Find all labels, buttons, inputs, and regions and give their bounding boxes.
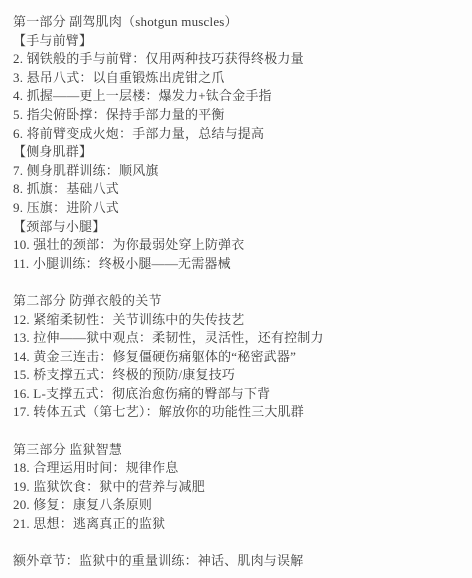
section-title: 第三部分 监狱智慧 <box>13 441 462 460</box>
toc-item: 7. 侧身肌群训练：顺风旗 <box>13 162 462 181</box>
section-title: 第二部分 防弹衣般的关节 <box>13 292 462 311</box>
toc-item: 6. 将前臂变成火炮：手部力量，总结与提高 <box>13 125 462 144</box>
toc-item: 20. 修复：康复八条原则 <box>13 496 462 515</box>
toc-item: 19. 监狱饮食：狱中的营养与减肥 <box>13 478 462 497</box>
toc-item: 16. L-支撑五式：彻底治愈伤痛的臀部与下背 <box>13 385 462 404</box>
toc-item: 21. 思想：逃离真正的监狱 <box>13 515 462 534</box>
toc-item: 12. 紧缩柔韧性：关节训练中的失传技艺 <box>13 311 462 330</box>
table-of-contents-page: 第一部分 副驾肌肉（shotgun muscles）【手与前臂】2. 钢铁般的手… <box>0 0 472 578</box>
toc-item: 18. 合理运用时间：规律作息 <box>13 459 462 478</box>
toc-item: 9. 压旗：进阶八式 <box>13 199 462 218</box>
toc-item: 10. 强壮的颈部：为你最弱处穿上防弹衣 <box>13 236 462 255</box>
toc-item: 11. 小腿训练：终极小腿——无需器械 <box>13 255 462 274</box>
toc-section: 第一部分 副驾肌肉（shotgun muscles）【手与前臂】2. 钢铁般的手… <box>13 13 462 273</box>
toc-item: 5. 指尖俯卧撑：保持手部力量的平衡 <box>13 106 462 125</box>
toc-item: 8. 抓旗：基础八式 <box>13 180 462 199</box>
toc-item: 4. 抓握——更上一层楼：爆发力+钛合金手指 <box>13 87 462 106</box>
toc-item: 13. 拉伸——狱中观点：柔韧性，灵活性，还有控制力 <box>13 329 462 348</box>
toc-item: 2. 钢铁般的手与前臂：仅用两种技巧获得终极力量 <box>13 50 462 69</box>
subsection-heading: 【手与前臂】 <box>13 32 462 51</box>
subsection-heading: 【侧身肌群】 <box>13 143 462 162</box>
subsection-heading: 【颈部与小腿】 <box>13 218 462 237</box>
toc-item: 15. 桥支撑五式：终极的预防/康复技巧 <box>13 366 462 385</box>
toc-item: 14. 黄金三连击：修复僵硬伤痛躯体的“秘密武器” <box>13 348 462 367</box>
section-title: 第一部分 副驾肌肉（shotgun muscles） <box>13 13 462 32</box>
section-title: 额外章节：监狱中的重量训练：神话、肌肉与误解 <box>13 552 462 571</box>
toc-section: 第三部分 监狱智慧18. 合理运用时间：规律作息19. 监狱饮食：狱中的营养与减… <box>13 441 462 534</box>
toc-item: 3. 悬吊八式：以自重锻炼出虎钳之爪 <box>13 69 462 88</box>
toc-section: 第二部分 防弹衣般的关节12. 紧缩柔韧性：关节训练中的失传技艺13. 拉伸——… <box>13 292 462 422</box>
toc-section: 额外章节：监狱中的重量训练：神话、肌肉与误解 <box>13 552 462 571</box>
toc-item: 17. 转体五式（第七艺）：解放你的功能性三大肌群 <box>13 403 462 422</box>
